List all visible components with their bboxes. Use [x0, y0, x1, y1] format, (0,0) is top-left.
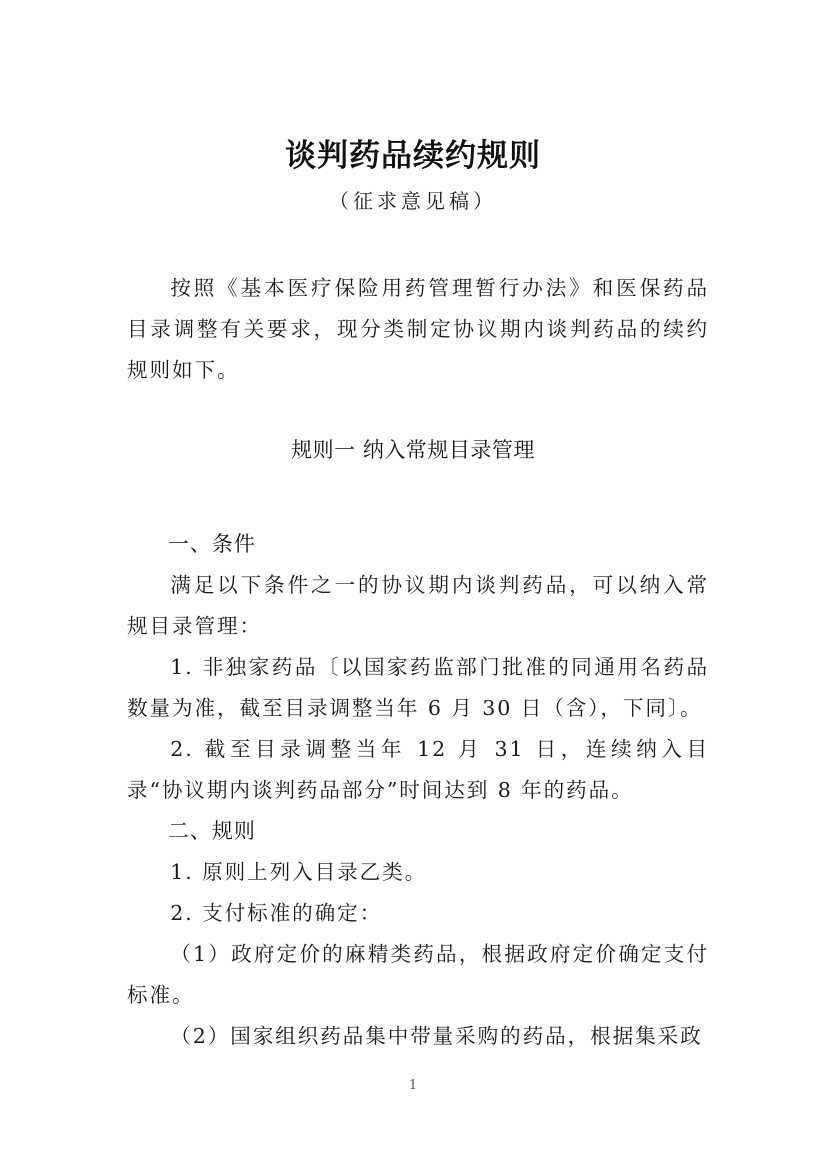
page-number: 1	[0, 1077, 826, 1095]
condition-item-1: 1. 非独家药品〔以国家药监部门批准的同通用名药品数量为准，截至目录调整当年 6…	[127, 647, 709, 729]
document-subtitle: （征求意见稿）	[0, 186, 826, 216]
rule-subitem-2: （2）国家组织药品集中带量采购的药品，根据集采政	[127, 1016, 709, 1057]
document-title: 谈判药品续约规则	[0, 136, 826, 176]
section-heading-conditions: 一、条件	[127, 524, 709, 565]
intro-block: 按照《基本医疗保险用药管理暂行办法》和医保药品目录调整有关要求，现分类制定协议期…	[127, 268, 709, 391]
rule-item-1: 1. 原则上列入目录乙类。	[127, 852, 709, 893]
rule-one-heading: 规则一 纳入常规目录管理	[0, 432, 826, 468]
rule-one-body: 一、条件 满足以下条件之一的协议期内谈判药品，可以纳入常规目录管理： 1. 非独…	[127, 524, 709, 1057]
document-page: 谈判药品续约规则 （征求意见稿） 按照《基本医疗保险用药管理暂行办法》和医保药品…	[0, 0, 826, 1168]
conditions-lead-paragraph: 满足以下条件之一的协议期内谈判药品，可以纳入常规目录管理：	[127, 565, 709, 647]
rule-item-2: 2. 支付标准的确定：	[127, 893, 709, 934]
condition-item-2: 2. 截至目录调整当年 12 月 31 日，连续纳入目录“协议期内谈判药品部分”…	[127, 729, 709, 811]
rule-subitem-1: （1）政府定价的麻精类药品，根据政府定价确定支付标准。	[127, 934, 709, 1016]
section-heading-rules: 二、规则	[127, 811, 709, 852]
intro-paragraph: 按照《基本医疗保险用药管理暂行办法》和医保药品目录调整有关要求，现分类制定协议期…	[127, 268, 709, 391]
